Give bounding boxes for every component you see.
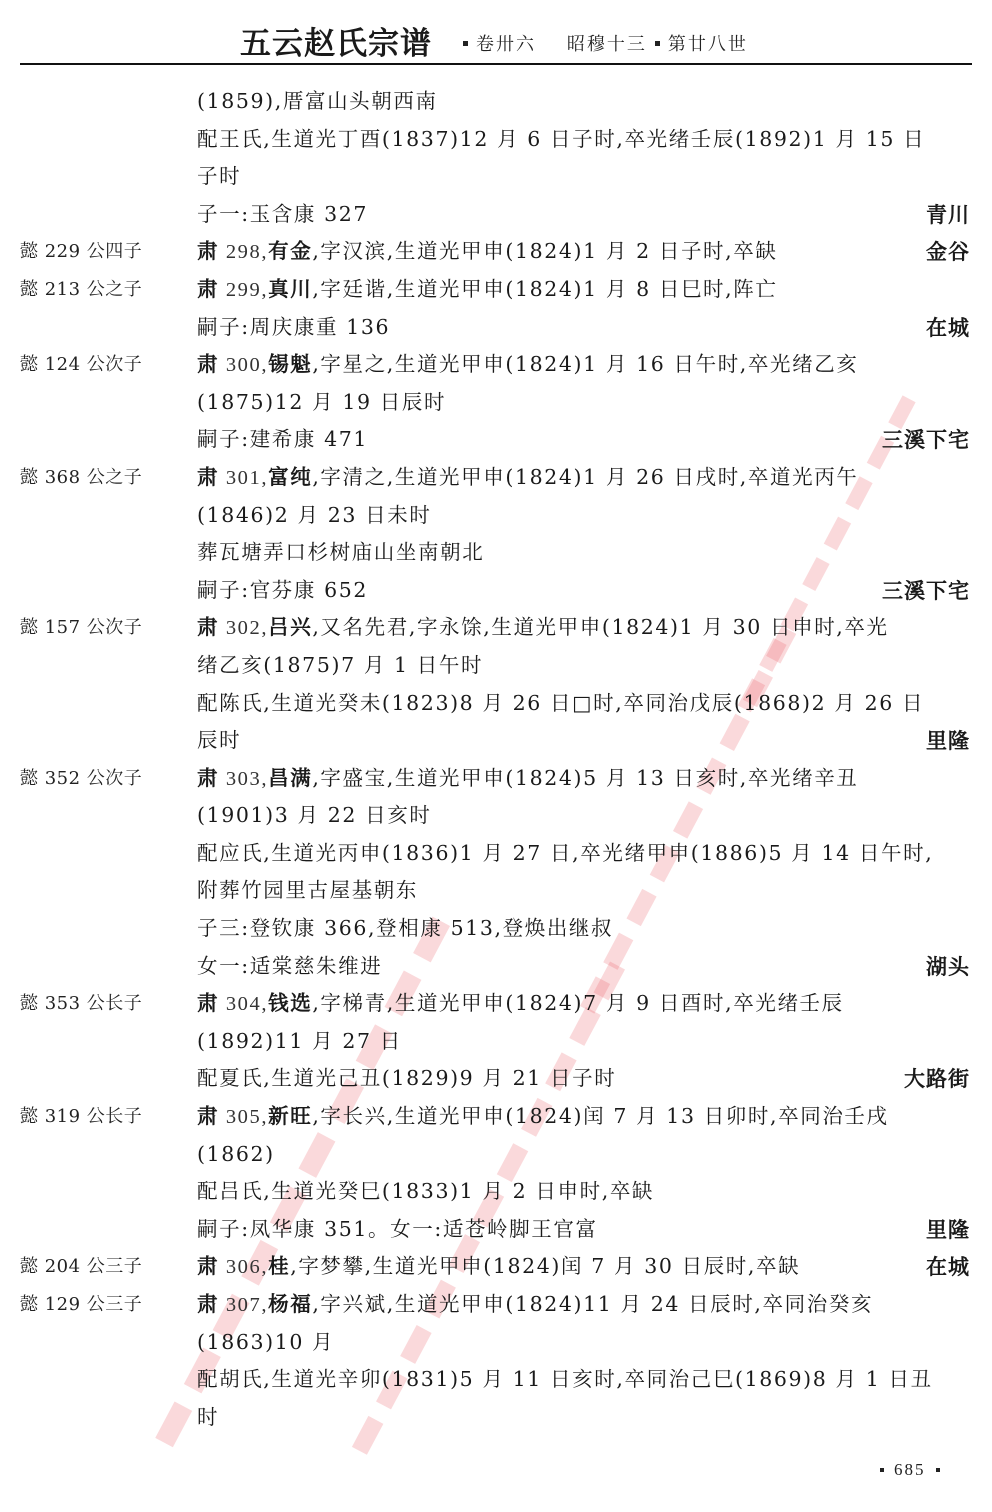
- entry-line: 葬瓦塘弄口杉树庙山坐南朝北: [0, 534, 992, 572]
- entry-line: 懿 204 公三子肃 306,桂,字梦攀,生道光甲申(1824)闰 7 月 30…: [0, 1248, 992, 1286]
- genealogy-entries: (1859),厝富山头朝西南配王氏,生道光丁酉(1837)12 月 6 日子时,…: [0, 83, 992, 1436]
- entry-text: 配王氏,生道光丁酉(1837)12 月 6 日子时,卒光绪壬辰(1892)1 月…: [197, 121, 925, 159]
- entry-line: 懿 157 公次子肃 302,吕兴,又名先君,字永馀,生道光甲申(1824)1 …: [0, 609, 992, 647]
- entry-line: 时: [0, 1399, 992, 1437]
- header-divider: [20, 63, 972, 65]
- entry-line: 嗣子:官芬康 652三溪下宅: [0, 572, 992, 610]
- bullet-icon: [936, 1468, 940, 1472]
- entry-text: 肃 300,锡魁,字星之,生道光甲申(1824)1 月 16 日午时,卒光绪乙亥: [197, 346, 858, 385]
- entry-line: 配吕氏,生道光癸巳(1833)1 月 2 日申时,卒缺: [0, 1173, 992, 1211]
- entry-text: 嗣子:凤华康 351。女一:适苍岭脚王官富: [197, 1211, 598, 1249]
- entry-line: (1863)10 月: [0, 1324, 992, 1362]
- section-label: 昭穆十三: [567, 34, 647, 55]
- parent-label: 懿 204 公三子: [20, 1248, 142, 1286]
- entry-text: 配陈氏,生道光癸未(1823)8 月 26 日□时,卒同治戊辰(1868)2 月…: [197, 685, 924, 723]
- entry-text: 配夏氏,生道光己丑(1829)9 月 21 日子时: [197, 1060, 616, 1098]
- entry-line: 辰时里隆: [0, 722, 992, 760]
- entry-text: 肃 305,新旺,字长兴,生道光甲申(1824)闰 7 月 13 日卯时,卒同治…: [197, 1098, 889, 1137]
- bullet-icon: [880, 1468, 884, 1472]
- generation-label: 第廿八世: [668, 34, 748, 55]
- entry-text: (1859),厝富山头朝西南: [197, 83, 438, 121]
- entry-text: (1901)3 月 22 日亥时: [197, 797, 431, 835]
- place-name: 湖头: [926, 948, 970, 986]
- place-name: 三溪下宅: [882, 421, 970, 459]
- entry-line: 懿 129 公三子肃 307,杨福,字兴斌,生道光甲申(1824)11 月 24…: [0, 1286, 992, 1324]
- entry-text: 肃 301,富纯,字清之,生道光甲申(1824)1 月 26 日戌时,卒道光丙午: [197, 459, 858, 498]
- entry-text: (1875)12 月 19 日辰时: [197, 384, 446, 422]
- entry-text: 肃 302,吕兴,又名先君,字永馀,生道光甲申(1824)1 月 30 日申时,…: [197, 609, 889, 648]
- entry-text: 肃 304,钱选,字梯青,生道光甲申(1824)7 月 9 日酉时,卒光绪壬辰: [197, 985, 844, 1024]
- entry-text: (1892)11 月 27 日: [197, 1023, 402, 1061]
- volume-label: 卷卅六: [476, 34, 536, 55]
- entry-line: (1859),厝富山头朝西南: [0, 83, 992, 121]
- entry-text: 子一:玉含康 327: [197, 196, 368, 234]
- entry-line: 配陈氏,生道光癸未(1823)8 月 26 日□时,卒同治戊辰(1868)2 月…: [0, 685, 992, 723]
- parent-label: 懿 213 公之子: [20, 271, 142, 309]
- entry-line: 女一:适棠慈朱维进湖头: [0, 948, 992, 986]
- entry-line: 懿 213 公之子肃 299,真川,字廷谐,生道光甲申(1824)1 月 8 日…: [0, 271, 992, 309]
- entry-line: (1892)11 月 27 日: [0, 1023, 992, 1061]
- parent-label: 懿 352 公次子: [20, 760, 142, 798]
- entry-line: 懿 352 公次子肃 303,昌满,字盛宝,生道光甲申(1824)5 月 13 …: [0, 760, 992, 798]
- parent-label: 懿 368 公之子: [20, 459, 142, 497]
- entry-text: 肃 299,真川,字廷谐,生道光甲申(1824)1 月 8 日巳时,阵亡: [197, 271, 777, 310]
- entry-text: (1863)10 月: [197, 1324, 334, 1362]
- entry-text: (1862): [197, 1136, 275, 1174]
- bullet-icon: [655, 41, 660, 46]
- entry-text: 子三:登钦康 366,登相康 513,登焕出继叔: [197, 910, 613, 948]
- entry-text: 时: [197, 1399, 219, 1437]
- place-name: 里隆: [926, 722, 970, 760]
- place-name: 里隆: [926, 1211, 970, 1249]
- parent-label: 懿 157 公次子: [20, 609, 142, 647]
- entry-text: (1846)2 月 23 日未时: [197, 497, 431, 535]
- bullet-icon: [463, 41, 468, 46]
- header-subtitle: 卷卅六 昭穆十三第廿八世: [455, 30, 748, 56]
- place-name: 三溪下宅: [882, 572, 970, 610]
- parent-label: 懿 319 公长子: [20, 1098, 142, 1136]
- entry-line: 绪乙亥(1875)7 月 1 日午时: [0, 647, 992, 685]
- entry-text: 配胡氏,生道光辛卯(1831)5 月 11 日亥时,卒同治己巳(1869)8 月…: [197, 1361, 933, 1399]
- entry-line: (1901)3 月 22 日亥时: [0, 797, 992, 835]
- entry-text: 肃 303,昌满,字盛宝,生道光甲申(1824)5 月 13 日亥时,卒光绪辛丑: [197, 760, 858, 799]
- book-title: 五云赵氏宗谱: [240, 18, 432, 63]
- entry-text: 肃 306,桂,字梦攀,生道光甲申(1824)闰 7 月 30 日辰时,卒缺: [197, 1248, 800, 1287]
- place-name: 金谷: [926, 233, 970, 271]
- entry-line: (1846)2 月 23 日未时: [0, 497, 992, 535]
- entry-line: 配胡氏,生道光辛卯(1831)5 月 11 日亥时,卒同治己巳(1869)8 月…: [0, 1361, 992, 1399]
- entry-line: 配王氏,生道光丁酉(1837)12 月 6 日子时,卒光绪壬辰(1892)1 月…: [0, 121, 992, 159]
- entry-text: 配吕氏,生道光癸巳(1833)1 月 2 日申时,卒缺: [197, 1173, 654, 1211]
- entry-text: 辰时: [197, 722, 241, 760]
- entry-text: 子时: [197, 158, 241, 196]
- entry-text: 附葬竹园里古屋基朝东: [197, 872, 418, 910]
- entry-line: 子时: [0, 158, 992, 196]
- place-name: 在城: [926, 309, 970, 347]
- entry-text: 嗣子:官芬康 652: [197, 572, 368, 610]
- page-footer: 685: [870, 1460, 950, 1480]
- entry-line: 配夏氏,生道光己丑(1829)9 月 21 日子时大路街: [0, 1060, 992, 1098]
- entry-line: 嗣子:周庆康重 136在城: [0, 309, 992, 347]
- entry-line: (1862): [0, 1136, 992, 1174]
- entry-text: 女一:适棠慈朱维进: [197, 948, 382, 986]
- parent-label: 懿 229 公四子: [20, 233, 142, 271]
- entry-text: 嗣子:周庆康重 136: [197, 309, 390, 347]
- entry-line: 子一:玉含康 327青川: [0, 196, 992, 234]
- entry-line: 配应氏,生道光丙申(1836)1 月 27 日,卒光绪甲申(1886)5 月 1…: [0, 835, 992, 873]
- entry-text: 绪乙亥(1875)7 月 1 日午时: [197, 647, 483, 685]
- entry-line: (1875)12 月 19 日辰时: [0, 384, 992, 422]
- entry-line: 懿 368 公之子肃 301,富纯,字清之,生道光甲申(1824)1 月 26 …: [0, 459, 992, 497]
- entry-text: 肃 298,有金,字汉滨,生道光甲申(1824)1 月 2 日子时,卒缺: [197, 233, 777, 272]
- place-name: 在城: [926, 1248, 970, 1286]
- entry-text: 嗣子:建希康 471: [197, 421, 368, 459]
- entry-line: 嗣子:凤华康 351。女一:适苍岭脚王官富里隆: [0, 1211, 992, 1249]
- entry-text: 葬瓦塘弄口杉树庙山坐南朝北: [197, 534, 484, 572]
- parent-label: 懿 353 公长子: [20, 985, 142, 1023]
- entry-text: 肃 307,杨福,字兴斌,生道光甲申(1824)11 月 24 日辰时,卒同治癸…: [197, 1286, 873, 1325]
- parent-label: 懿 124 公次子: [20, 346, 142, 384]
- entry-line: 懿 319 公长子肃 305,新旺,字长兴,生道光甲申(1824)闰 7 月 1…: [0, 1098, 992, 1136]
- entry-line: 子三:登钦康 366,登相康 513,登焕出继叔: [0, 910, 992, 948]
- entry-line: 附葬竹园里古屋基朝东: [0, 872, 992, 910]
- place-name: 大路街: [904, 1060, 970, 1098]
- entry-line: 懿 229 公四子肃 298,有金,字汉滨,生道光甲申(1824)1 月 2 日…: [0, 233, 992, 271]
- entry-line: 懿 124 公次子肃 300,锡魁,字星之,生道光甲申(1824)1 月 16 …: [0, 346, 992, 384]
- place-name: 青川: [926, 196, 970, 234]
- entry-line: 嗣子:建希康 471三溪下宅: [0, 421, 992, 459]
- page-number: 685: [894, 1460, 926, 1479]
- entry-text: 配应氏,生道光丙申(1836)1 月 27 日,卒光绪甲申(1886)5 月 1…: [197, 835, 933, 873]
- entry-line: 懿 353 公长子肃 304,钱选,字梯青,生道光甲申(1824)7 月 9 日…: [0, 985, 992, 1023]
- page-header: 五云赵氏宗谱 卷卅六 昭穆十三第廿八世: [0, 0, 992, 64]
- parent-label: 懿 129 公三子: [20, 1286, 142, 1324]
